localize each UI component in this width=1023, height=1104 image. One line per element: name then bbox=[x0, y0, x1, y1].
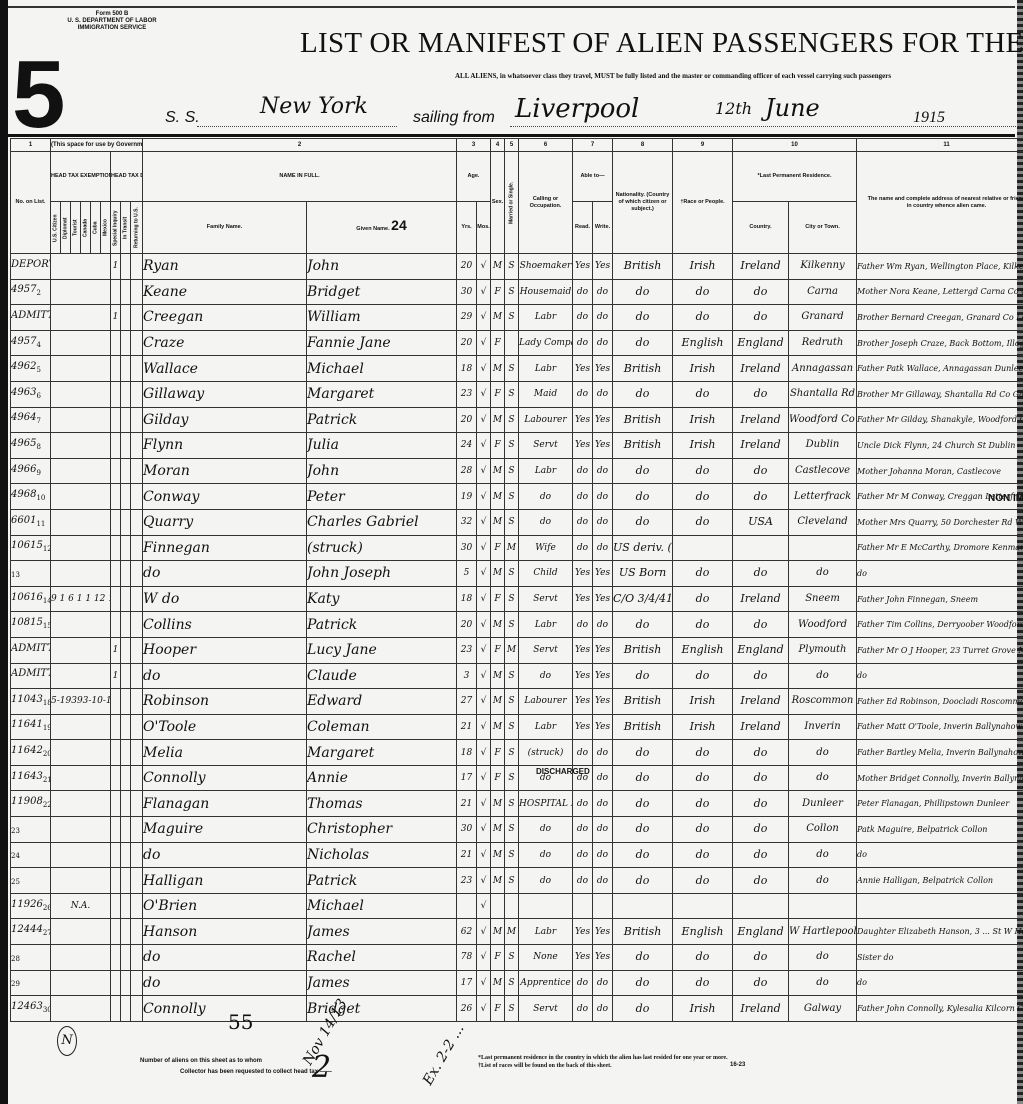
given-name: James bbox=[307, 919, 457, 945]
given-name: Michael bbox=[307, 893, 457, 919]
can-write: Yes bbox=[593, 919, 613, 945]
residence-country: Ireland bbox=[733, 356, 789, 382]
marital-status: S bbox=[505, 279, 519, 305]
occupation: HOSPITAL DISCHARGED bbox=[519, 791, 573, 817]
sex: F bbox=[491, 945, 505, 971]
occupation: Child bbox=[519, 561, 573, 587]
race: do bbox=[673, 842, 733, 868]
head-tax-exemption: 5-19393-10-15-24 bbox=[51, 689, 111, 715]
occupation: do bbox=[519, 509, 573, 535]
nearest-relative: Annie Halligan, Belpatrick Collon bbox=[857, 868, 1023, 894]
can-read: Yes bbox=[573, 637, 593, 663]
sex: M bbox=[491, 561, 505, 587]
age-months: √ bbox=[477, 945, 491, 971]
age-months: √ bbox=[477, 433, 491, 459]
family-name: O'Brien bbox=[143, 893, 307, 919]
age-months: √ bbox=[477, 509, 491, 535]
sex: M bbox=[491, 484, 505, 510]
can-write: Yes bbox=[593, 356, 613, 382]
occupation: do bbox=[519, 842, 573, 868]
family-name: Wallace bbox=[143, 356, 307, 382]
residence-country: do bbox=[733, 765, 789, 791]
head-tax-exemption bbox=[51, 279, 111, 305]
can-write bbox=[593, 893, 613, 919]
marital-status: S bbox=[505, 407, 519, 433]
sex: M bbox=[491, 458, 505, 484]
age-years bbox=[457, 893, 477, 919]
header-write: Write. bbox=[593, 202, 613, 254]
race: do bbox=[673, 484, 733, 510]
sex: F bbox=[491, 279, 505, 305]
nationality: do bbox=[613, 765, 673, 791]
head-tax-special-inquiry bbox=[111, 970, 121, 996]
age-months: √ bbox=[477, 791, 491, 817]
header-married-single: Married or Single. bbox=[505, 152, 519, 254]
age-months: √ bbox=[477, 740, 491, 766]
given-name: Christopher bbox=[307, 817, 457, 843]
occupation: do bbox=[519, 817, 573, 843]
sex: F bbox=[491, 433, 505, 459]
head-tax-exemption bbox=[51, 484, 111, 510]
column-number-row: 1 (This space for use by Government offi… bbox=[11, 139, 1023, 152]
nearest-relative: Father Wm Ryan, Wellington Place, Kilken… bbox=[857, 254, 1023, 280]
age-years: 17 bbox=[457, 970, 477, 996]
marital-status: S bbox=[505, 458, 519, 484]
head-tax-special-inquiry bbox=[111, 612, 121, 638]
residence-city: do bbox=[789, 945, 857, 971]
head-tax-special-inquiry bbox=[111, 740, 121, 766]
nationality: do bbox=[613, 868, 673, 894]
age-months: √ bbox=[477, 381, 491, 407]
head-tax-line-2: Collector has been requested to collect … bbox=[140, 1067, 332, 1078]
nearest-relative: Father Matt O'Toole, Inverin Ballynahow … bbox=[857, 714, 1023, 740]
age-years: 32 bbox=[457, 509, 477, 535]
family-name: do bbox=[143, 945, 307, 971]
nationality: do bbox=[613, 970, 673, 996]
head-tax-special-inquiry bbox=[111, 381, 121, 407]
head-tax-exemption bbox=[51, 330, 111, 356]
residence-country: do bbox=[733, 970, 789, 996]
race bbox=[673, 893, 733, 919]
non-immigrant-stamp: NON IMM bbox=[988, 493, 1023, 504]
age-years: 5 bbox=[457, 561, 477, 587]
sex: F bbox=[491, 996, 505, 1022]
age-years: 23 bbox=[457, 381, 477, 407]
head-tax-exemption bbox=[51, 740, 111, 766]
can-read: Yes bbox=[573, 254, 593, 280]
residence-country bbox=[733, 535, 789, 561]
nearest-relative: Father Ed Robinson, Doocladi Roscommon bbox=[857, 689, 1023, 715]
age-years: 29 bbox=[457, 305, 477, 331]
header-rule bbox=[8, 134, 1015, 137]
occupation: Labr bbox=[519, 305, 573, 331]
residence-city: do bbox=[789, 842, 857, 868]
age-years: 21 bbox=[457, 791, 477, 817]
given-name: Patrick bbox=[307, 612, 457, 638]
passenger-row: 1061614 9 1 6 1 1 12 15 24 W do Katy 18 … bbox=[11, 586, 1023, 612]
age-months: √ bbox=[477, 305, 491, 331]
can-read: do bbox=[573, 535, 593, 561]
age-months: √ bbox=[477, 561, 491, 587]
nearest-relative: Peter Flanagan, Phillipstown Dunleer bbox=[857, 791, 1023, 817]
sex: M bbox=[491, 919, 505, 945]
departure-day: 12th bbox=[715, 99, 752, 118]
nationality: do bbox=[613, 842, 673, 868]
given-name: Lucy Jane bbox=[307, 637, 457, 663]
sex: M bbox=[491, 970, 505, 996]
occupation: Labr bbox=[519, 458, 573, 484]
head-tax-special-inquiry bbox=[111, 509, 121, 535]
head-tax-special-inquiry bbox=[111, 791, 121, 817]
can-write: do bbox=[593, 535, 613, 561]
can-write: do bbox=[593, 381, 613, 407]
sex: M bbox=[491, 868, 505, 894]
col-number-11: 11 bbox=[857, 139, 1023, 152]
header-canada: Canada bbox=[81, 202, 91, 254]
race: do bbox=[673, 663, 733, 689]
age-years: 21 bbox=[457, 842, 477, 868]
list-number: 29 bbox=[11, 970, 51, 996]
occupation: Servt bbox=[519, 996, 573, 1022]
ship-name: New York bbox=[260, 94, 368, 119]
nationality: British bbox=[613, 714, 673, 740]
race: do bbox=[673, 509, 733, 535]
residence-country: do bbox=[733, 484, 789, 510]
residence-city: Cleveland bbox=[789, 509, 857, 535]
head-tax-exemption bbox=[51, 868, 111, 894]
head-tax-exemption bbox=[51, 509, 111, 535]
residence-country: Ireland bbox=[733, 689, 789, 715]
sex bbox=[491, 893, 505, 919]
nearest-relative: do bbox=[857, 663, 1023, 689]
can-read: do bbox=[573, 868, 593, 894]
head-tax-exemption bbox=[51, 637, 111, 663]
sex: M bbox=[491, 356, 505, 382]
head-tax-special-inquiry bbox=[111, 356, 121, 382]
passenger-row: ADMITTED16 1 Hooper Lucy Jane 23 √ F M S… bbox=[11, 637, 1023, 663]
nationality: British bbox=[613, 356, 673, 382]
sex: M bbox=[491, 663, 505, 689]
nearest-relative: do bbox=[857, 561, 1023, 587]
can-write: do bbox=[593, 484, 613, 510]
nearest-relative: do bbox=[857, 970, 1023, 996]
sex: M bbox=[491, 714, 505, 740]
given-name: Thomas bbox=[307, 791, 457, 817]
voyage-line: S. S. New York sailing from Liverpool 12… bbox=[165, 96, 973, 130]
head-tax-exemption: 9 1 6 1 1 12 15 24 bbox=[51, 586, 111, 612]
document-subtitle: ALL ALIENS, in whatsoever class they tra… bbox=[455, 72, 891, 80]
residence-city: Letterfrack bbox=[789, 484, 857, 510]
residence-country: do bbox=[733, 279, 789, 305]
header-head-tax-exemptions: HEAD TAX EXEMPTIONS. bbox=[51, 152, 111, 202]
occupation: Lady Companion bbox=[519, 330, 573, 356]
nationality: British bbox=[613, 919, 673, 945]
can-read: Yes bbox=[573, 561, 593, 587]
family-name: Collins bbox=[143, 612, 307, 638]
can-write: do bbox=[593, 791, 613, 817]
residence-city: Plymouth bbox=[789, 637, 857, 663]
head-tax-special-inquiry: 1 bbox=[111, 637, 121, 663]
family-name: Moran bbox=[143, 458, 307, 484]
sex: M bbox=[491, 407, 505, 433]
age-months: √ bbox=[477, 586, 491, 612]
sex: M bbox=[491, 612, 505, 638]
list-number: 28 bbox=[11, 945, 51, 971]
sex: F bbox=[491, 381, 505, 407]
family-name: Maguire bbox=[143, 817, 307, 843]
head-tax-special-inquiry bbox=[111, 279, 121, 305]
list-number: 49574 bbox=[11, 330, 51, 356]
nearest-relative: Father John Connolly, Kylesalia Kilcorn … bbox=[857, 996, 1023, 1022]
age-years: 18 bbox=[457, 586, 477, 612]
can-write: do bbox=[593, 740, 613, 766]
can-read: Yes bbox=[573, 945, 593, 971]
list-number: 13 bbox=[11, 561, 51, 587]
can-read: Yes bbox=[573, 433, 593, 459]
manifest-table: 1 (This space for use by Government offi… bbox=[10, 138, 1023, 1022]
residence-country: do bbox=[733, 305, 789, 331]
family-name: Flanagan bbox=[143, 791, 307, 817]
document-title: LIST OR MANIFEST OF ALIEN PASSENGERS FOR… bbox=[300, 27, 1023, 60]
can-write: do bbox=[593, 305, 613, 331]
race: English bbox=[673, 330, 733, 356]
given-name: Patrick bbox=[307, 407, 457, 433]
residence-country: do bbox=[733, 945, 789, 971]
marital-status: M bbox=[505, 535, 519, 561]
nationality: US Born bbox=[613, 561, 673, 587]
family-name: O'Toole bbox=[143, 714, 307, 740]
can-read: Yes bbox=[573, 663, 593, 689]
family-name: Creegan bbox=[143, 305, 307, 331]
residence-city: do bbox=[789, 970, 857, 996]
given-name: Coleman bbox=[307, 714, 457, 740]
age-years: 23 bbox=[457, 637, 477, 663]
header-family-name: Family Name. bbox=[143, 202, 307, 254]
head-tax-exemption bbox=[51, 458, 111, 484]
passenger-row: 29 do James 17 √ M S Apprentice do do do… bbox=[11, 970, 1023, 996]
residence-city: W Hartlepool bbox=[789, 919, 857, 945]
race: English bbox=[673, 919, 733, 945]
can-write: do bbox=[593, 509, 613, 535]
age-years: 23 bbox=[457, 868, 477, 894]
col-number-9: 9 bbox=[673, 139, 733, 152]
col-number-4: 4 bbox=[491, 139, 505, 152]
head-tax-special-inquiry bbox=[111, 433, 121, 459]
nationality: do bbox=[613, 330, 673, 356]
header-calling: Calling or Occupation. bbox=[519, 152, 573, 254]
service: IMMIGRATION SERVICE bbox=[62, 25, 162, 32]
can-write: do bbox=[593, 612, 613, 638]
race: do bbox=[673, 305, 733, 331]
age-years: 18 bbox=[457, 740, 477, 766]
age-years: 20 bbox=[457, 612, 477, 638]
age-years: 30 bbox=[457, 535, 477, 561]
head-tax-special-inquiry bbox=[111, 817, 121, 843]
nearest-relative: Father John Finnegan, Sneem bbox=[857, 586, 1023, 612]
list-number: 1061614 bbox=[11, 586, 51, 612]
gov-use-note: (This space for use by Government offici… bbox=[51, 139, 143, 152]
family-name: do bbox=[143, 561, 307, 587]
age-months: √ bbox=[477, 458, 491, 484]
marital-status: S bbox=[505, 765, 519, 791]
race: Irish bbox=[673, 996, 733, 1022]
passenger-row: 49669 Moran John 28 √ M S Labr do do do … bbox=[11, 458, 1023, 484]
occupation: do bbox=[519, 484, 573, 510]
form-code: 16-23 bbox=[730, 1062, 745, 1068]
race: do bbox=[673, 970, 733, 996]
occupation: Shoemaker bbox=[519, 254, 573, 280]
occupation: Labr bbox=[519, 714, 573, 740]
departure-port: Liverpool bbox=[515, 94, 639, 124]
race: do bbox=[673, 279, 733, 305]
passenger-row: 1164321 Connolly Annie 17 √ F S do do do… bbox=[11, 765, 1023, 791]
form-number: Form 500 B bbox=[62, 11, 162, 18]
age-years: 17 bbox=[457, 765, 477, 791]
nearest-relative: Father Bartley Melia, Inverin Ballynahow… bbox=[857, 740, 1023, 766]
can-write: Yes bbox=[593, 714, 613, 740]
family-name: Melia bbox=[143, 740, 307, 766]
top-rule bbox=[8, 6, 1015, 8]
head-tax-exemption bbox=[51, 561, 111, 587]
head-tax-exemption bbox=[51, 791, 111, 817]
passenger-row: 49572 Keane Bridget 30 √ F S Housemaid d… bbox=[11, 279, 1023, 305]
occupation: (struck) bbox=[519, 740, 573, 766]
list-number: 1164321 bbox=[11, 765, 51, 791]
residence-country: England bbox=[733, 637, 789, 663]
marital-status: S bbox=[505, 586, 519, 612]
list-number: 496810 bbox=[11, 484, 51, 510]
passenger-row: DEPORTED1 1 Ryan John 20 √ M S Shoemaker… bbox=[11, 254, 1023, 280]
can-write: Yes bbox=[593, 663, 613, 689]
nationality: do bbox=[613, 945, 673, 971]
residence-country: Ireland bbox=[733, 586, 789, 612]
sex: M bbox=[491, 305, 505, 331]
nationality: do bbox=[613, 305, 673, 331]
age-months: √ bbox=[477, 535, 491, 561]
can-read: do bbox=[573, 509, 593, 535]
residence-country: Ireland bbox=[733, 407, 789, 433]
col-number-2: 2 bbox=[143, 139, 457, 152]
head-tax-special-inquiry bbox=[111, 893, 121, 919]
passenger-row: 1190822 Flanagan Thomas 21 √ M S HOSPITA… bbox=[11, 791, 1023, 817]
list-number: DEPORTED1 bbox=[11, 254, 51, 280]
age-months: √ bbox=[477, 279, 491, 305]
residence-country: Ireland bbox=[733, 996, 789, 1022]
nearest-relative: Father Patk Wallace, Annagassan Dunleer … bbox=[857, 356, 1023, 382]
family-name: Robinson bbox=[143, 689, 307, 715]
head-tax-special-inquiry bbox=[111, 330, 121, 356]
head-tax-special-inquiry: 1 bbox=[111, 254, 121, 280]
nearest-relative: Mother Mrs Quarry, 50 Dorchester Rd Weym… bbox=[857, 509, 1023, 535]
race: do bbox=[673, 612, 733, 638]
family-name: Gilday bbox=[143, 407, 307, 433]
occupation: Servt bbox=[519, 433, 573, 459]
occupation: Labourer bbox=[519, 407, 573, 433]
nearest-relative: do bbox=[857, 842, 1023, 868]
marital-status: S bbox=[505, 740, 519, 766]
header-tourist: Tourist bbox=[71, 202, 81, 254]
given-name: Patrick bbox=[307, 868, 457, 894]
can-write: do bbox=[593, 868, 613, 894]
family-name: Hanson bbox=[143, 919, 307, 945]
nearest-relative: Father Tim Collins, Derryoober Woodford … bbox=[857, 612, 1023, 638]
nationality: do bbox=[613, 509, 673, 535]
occupation: Apprentice bbox=[519, 970, 573, 996]
marital-status: S bbox=[505, 663, 519, 689]
age-months: √ bbox=[477, 637, 491, 663]
given-name: Michael bbox=[307, 356, 457, 382]
residence-city bbox=[789, 893, 857, 919]
age-months: √ bbox=[477, 919, 491, 945]
head-tax-special-inquiry bbox=[111, 535, 121, 561]
head-tax-exemption bbox=[51, 381, 111, 407]
col-number-1: 1 bbox=[11, 139, 51, 152]
family-name: Halligan bbox=[143, 868, 307, 894]
can-write: do bbox=[593, 996, 613, 1022]
footnote-residence: *Last permanent residence in the country… bbox=[478, 1054, 778, 1062]
list-number: 49647 bbox=[11, 407, 51, 433]
sex: F bbox=[491, 740, 505, 766]
can-read bbox=[573, 893, 593, 919]
head-tax-special-inquiry: 1 bbox=[111, 663, 121, 689]
can-write: Yes bbox=[593, 945, 613, 971]
header-last-residence: *Last Permanent Residence. bbox=[733, 152, 857, 202]
family-name: Keane bbox=[143, 279, 307, 305]
passenger-row: 1192626 N.A. O'Brien Michael √ bbox=[11, 893, 1023, 919]
marital-status: M bbox=[505, 637, 519, 663]
given-name-count: 24 bbox=[391, 217, 407, 233]
nearest-relative bbox=[857, 893, 1023, 919]
can-read: do bbox=[573, 381, 593, 407]
header-special-inquiry: Special Inquiry bbox=[111, 202, 121, 254]
residence-country: England bbox=[733, 330, 789, 356]
family-name: Connolly bbox=[143, 996, 307, 1022]
marital-status: S bbox=[505, 381, 519, 407]
given-name: Annie bbox=[307, 765, 457, 791]
list-number: 1192626 bbox=[11, 893, 51, 919]
head-tax-exemption bbox=[51, 254, 111, 280]
nationality: British bbox=[613, 689, 673, 715]
sex: M bbox=[491, 509, 505, 535]
header-race: †Race or People. bbox=[673, 152, 733, 254]
head-tax-special-inquiry bbox=[111, 996, 121, 1022]
residence-city: Annagassan bbox=[789, 356, 857, 382]
residence-city: Galway bbox=[789, 996, 857, 1022]
family-name: Finnegan bbox=[143, 535, 307, 561]
residence-city: Dunleer bbox=[789, 791, 857, 817]
age-years: 78 bbox=[457, 945, 477, 971]
nationality: do bbox=[613, 663, 673, 689]
header-country: Country. bbox=[733, 202, 789, 254]
head-tax-exemption bbox=[51, 714, 111, 740]
list-number: 1164119 bbox=[11, 714, 51, 740]
marital-status: S bbox=[505, 254, 519, 280]
age-years: 24 bbox=[457, 433, 477, 459]
can-read: Yes bbox=[573, 919, 593, 945]
nationality: do bbox=[613, 381, 673, 407]
header-given-name: Given Name. 24 bbox=[307, 202, 457, 254]
age-years: 30 bbox=[457, 279, 477, 305]
age-years: 3 bbox=[457, 663, 477, 689]
passenger-row: 1164220 Melia Margaret 18 √ F S (struck)… bbox=[11, 740, 1023, 766]
passenger-rows: DEPORTED1 1 Ryan John 20 √ M S Shoemaker… bbox=[11, 254, 1023, 1022]
marital-status: M bbox=[505, 919, 519, 945]
race: do bbox=[673, 868, 733, 894]
race: Irish bbox=[673, 254, 733, 280]
circled-annotation: N bbox=[57, 1026, 77, 1056]
age-months: √ bbox=[477, 842, 491, 868]
department: U. S. DEPARTMENT OF LABOR bbox=[62, 18, 162, 25]
